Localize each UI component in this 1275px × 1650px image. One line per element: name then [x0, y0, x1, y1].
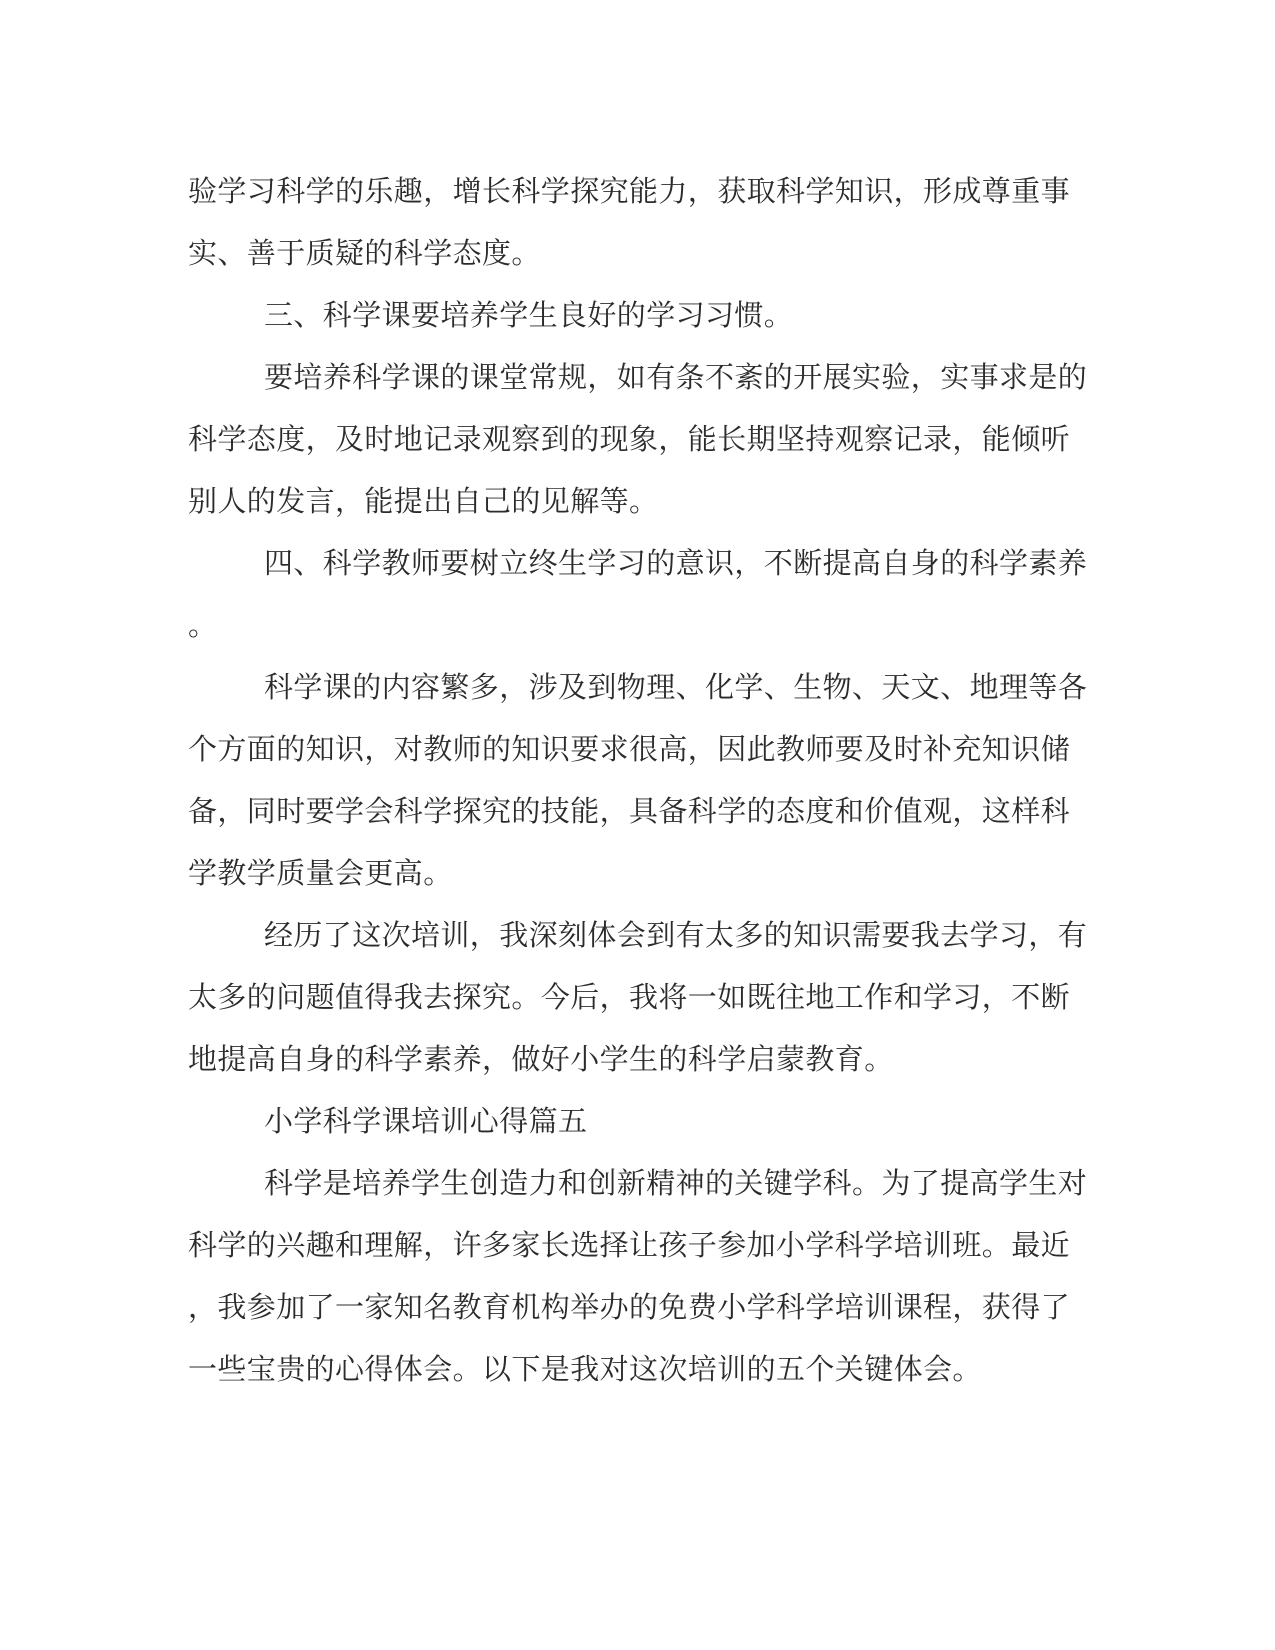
text-line: 要培养科学课的课堂常规，如有条不紊的开展实验，实事求是的 [188, 347, 1098, 409]
text-line: 个方面的知识，对教师的知识要求很高，因此教师要及时补充知识储 [188, 719, 1098, 781]
text-line: 太多的问题值得我去探究。今后，我将一如既往地工作和学习，不断 [188, 967, 1098, 1029]
text-line: 科学课的内容繁多，涉及到物理、化学、生物、天文、地理等各 [188, 657, 1098, 719]
text-line: 经历了这次培训，我深刻体会到有太多的知识需要我去学习，有 [188, 905, 1098, 967]
text-line: 科学是培养学生创造力和创新精神的关键学科。为了提高学生对 [188, 1153, 1098, 1215]
text-line: 科学态度，及时地记录观察到的现象，能长期坚持观察记录，能倾听 [188, 409, 1098, 471]
text-line: 别人的发言，能提出自己的见解等。 [188, 471, 1098, 533]
text-line: 地提高自身的科学素养，做好小学生的科学启蒙教育。 [188, 1029, 1098, 1091]
text-line: 三、科学课要培养学生良好的学习习惯。 [188, 285, 1098, 347]
document-text: 验学习科学的乐趣，增长科学探究能力，获取科学知识，形成尊重事实、善于质疑的科学态… [188, 161, 1098, 1401]
text-line: 一些宝贵的心得体会。以下是我对这次培训的五个关键体会。 [188, 1339, 1098, 1401]
text-line: 学教学质量会更高。 [188, 843, 1098, 905]
text-line: ，我参加了一家知名教育机构举办的免费小学科学培训课程，获得了 [188, 1277, 1098, 1339]
text-line: 。 [188, 595, 1098, 657]
text-line: 实、善于质疑的科学态度。 [188, 223, 1098, 285]
text-line: 验学习科学的乐趣，增长科学探究能力，获取科学知识，形成尊重事 [188, 161, 1098, 223]
text-line: 四、科学教师要树立终生学习的意识，不断提高自身的科学素养 [188, 533, 1098, 595]
text-line: 备，同时要学会科学探究的技能，具备科学的态度和价值观，这样科 [188, 781, 1098, 843]
text-line: 小学科学课培训心得篇五 [188, 1091, 1098, 1153]
document-page: 验学习科学的乐趣，增长科学探究能力，获取科学知识，形成尊重事实、善于质疑的科学态… [0, 0, 1275, 1650]
text-line: 科学的兴趣和理解，许多家长选择让孩子参加小学科学培训班。最近 [188, 1215, 1098, 1277]
